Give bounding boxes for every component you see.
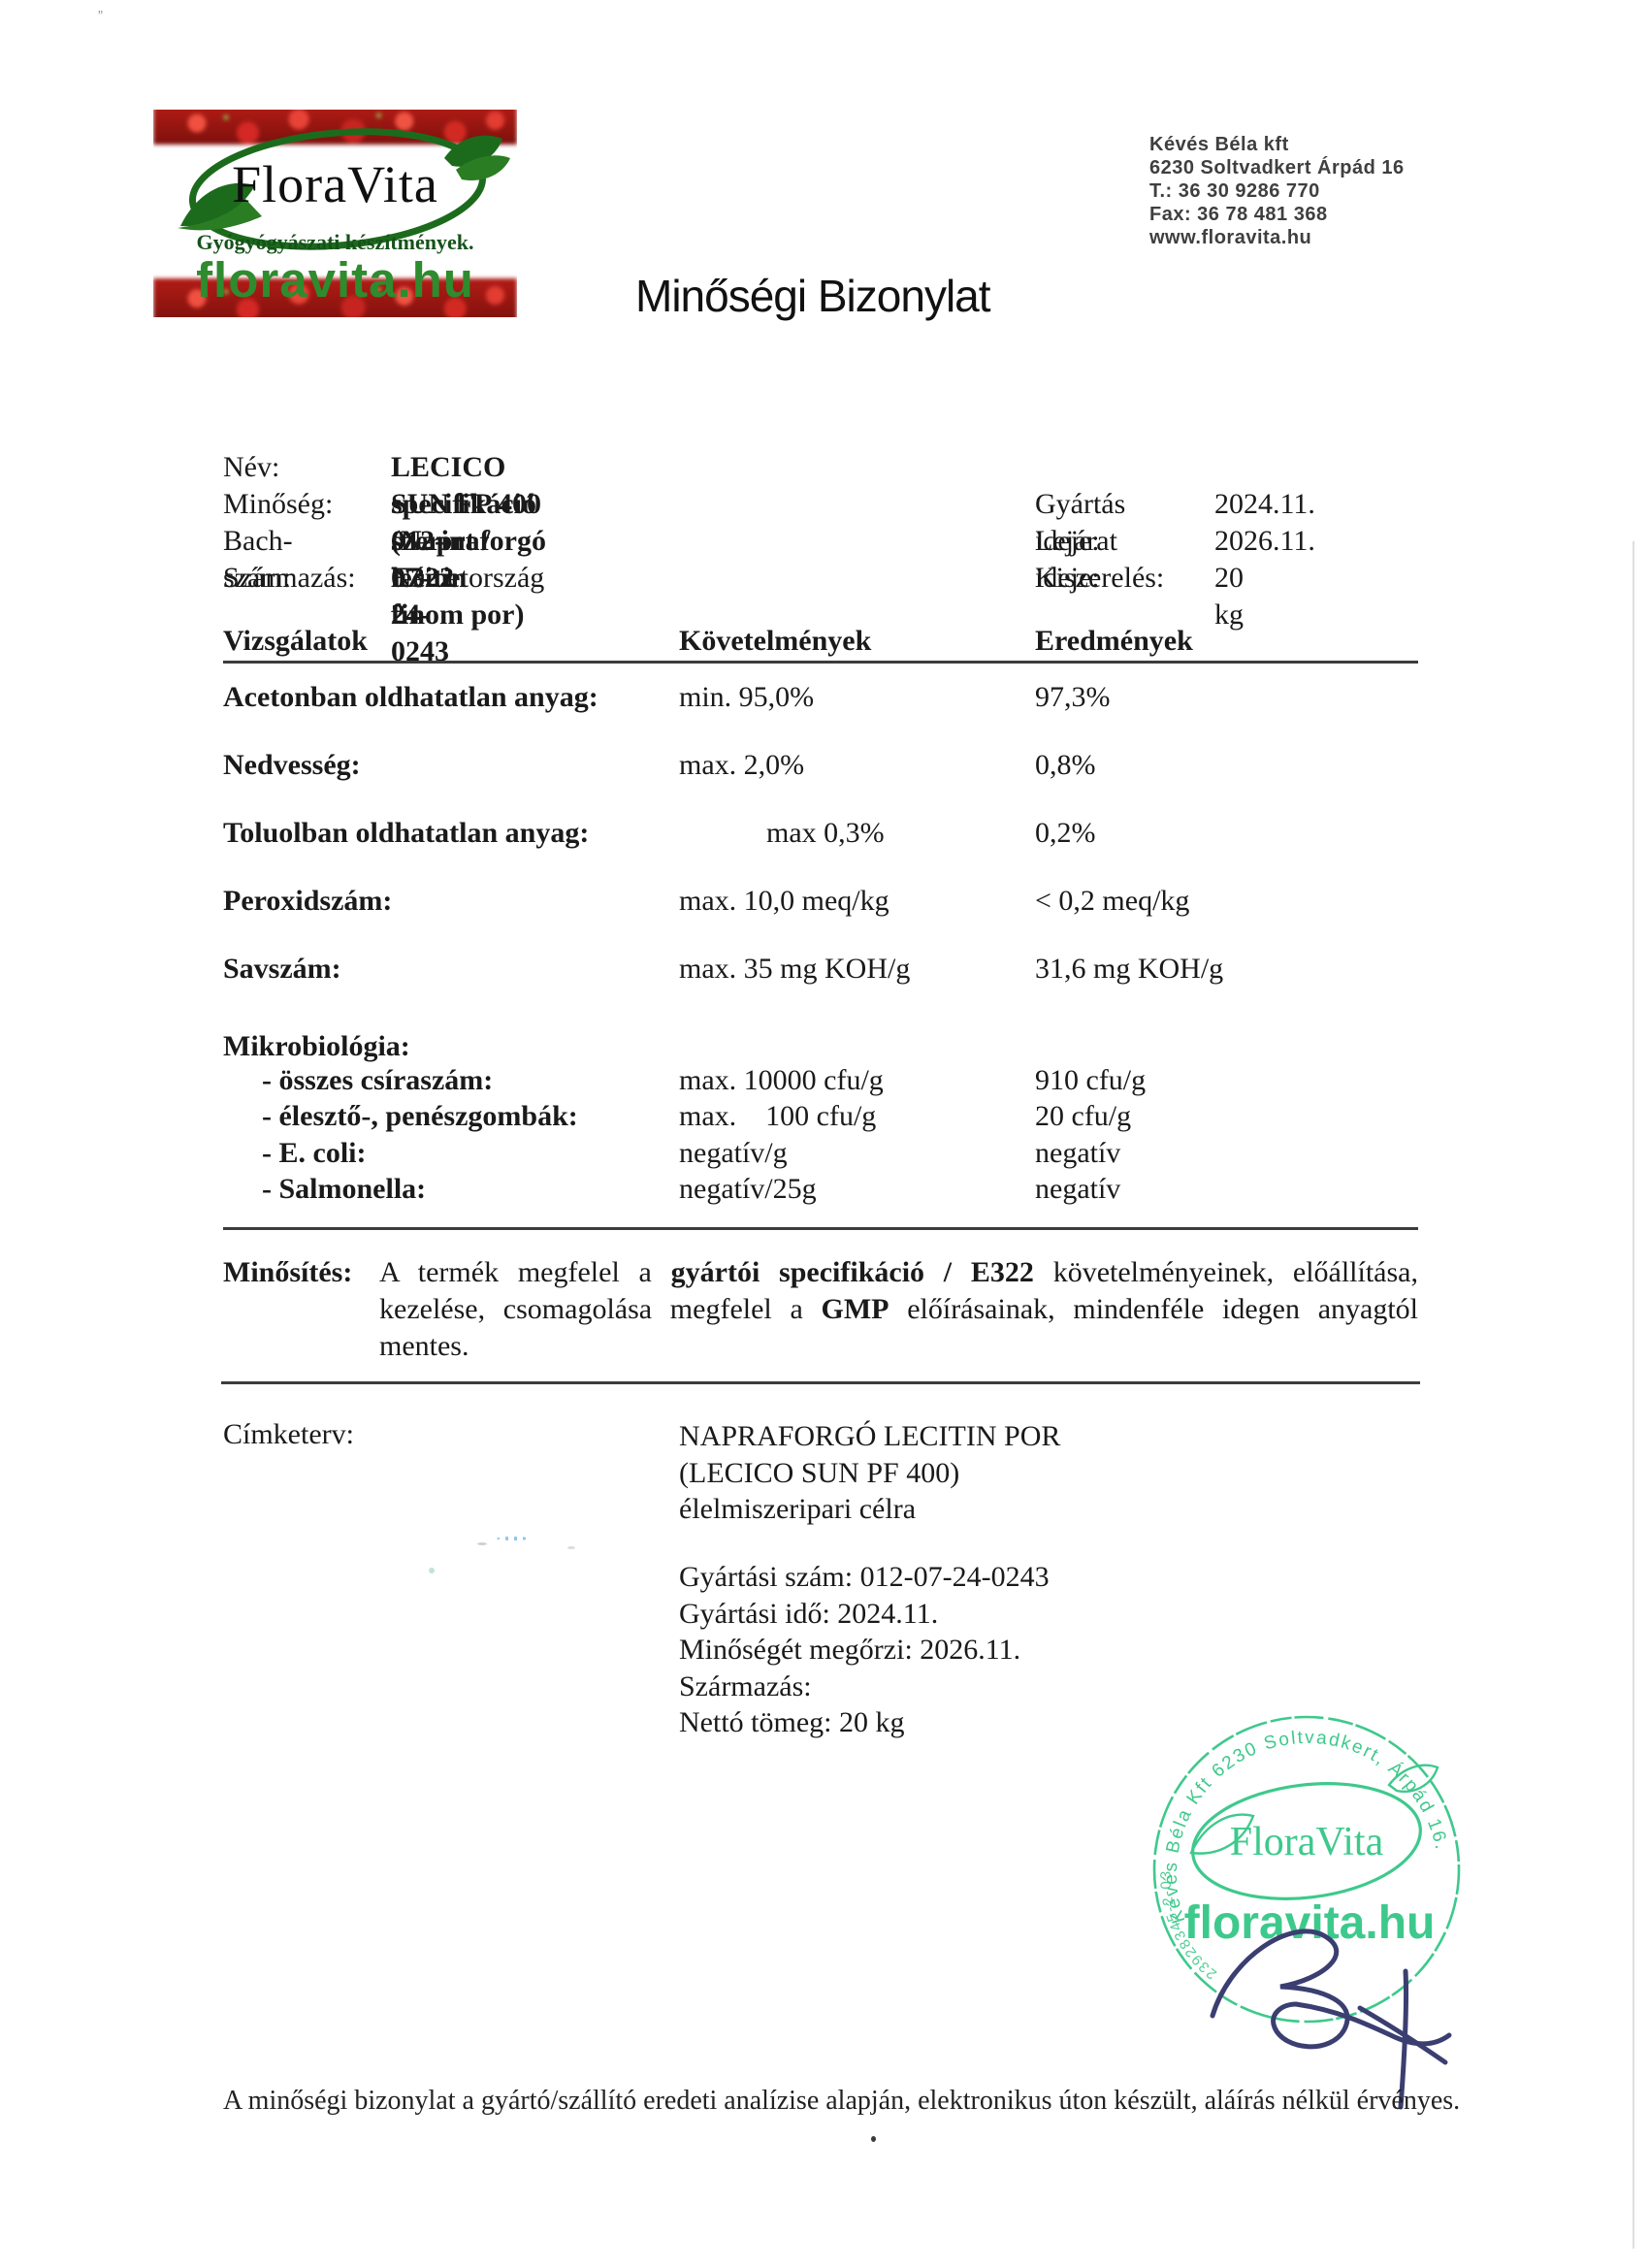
test-name: Savszám: xyxy=(223,953,341,986)
requirement: max. 2,0% xyxy=(679,749,804,782)
field-value: 2026.11. xyxy=(1214,523,1315,560)
requirement: negatív/g xyxy=(679,1137,788,1170)
field-value: 20 kg xyxy=(1214,560,1244,633)
footer-note: A minőségi bizonylat a gyártó/szállító e… xyxy=(223,2086,1460,2117)
test-name: - összes csíraszám: xyxy=(262,1064,493,1097)
result: negatív xyxy=(1035,1137,1120,1170)
test-name: Acetonban oldhatatlan anyag: xyxy=(223,681,598,714)
requirement: max. 10,0 meq/kg xyxy=(679,885,889,918)
result: 97,3% xyxy=(1035,681,1111,714)
footer-dot xyxy=(871,2136,876,2142)
label-plan-label: Címketerv: xyxy=(223,1418,354,1451)
test-name: Nedvesség: xyxy=(223,749,361,782)
logo-site-text: floravita.hu xyxy=(153,251,517,308)
test-name: Peroxidszám: xyxy=(223,885,392,918)
requirement: min. 95,0% xyxy=(679,681,814,714)
test-name: - Salmonella: xyxy=(262,1173,426,1206)
qualification-line: kezelése, csomagolása megfelel a GMP elő… xyxy=(379,1293,1418,1326)
text-part: előírásainak, mindenféle idegen anyagtól xyxy=(889,1293,1418,1325)
scan-speck xyxy=(497,1537,530,1540)
field-label: Származás: xyxy=(223,560,356,597)
label-plan-top-lines: NAPRAFORGÓ LECITIN POR (LECICO SUN PF 40… xyxy=(679,1418,1060,1528)
test-name: - élesztő-, penészgombák: xyxy=(262,1100,578,1133)
field-label: Név: xyxy=(223,449,279,486)
field-value: 012-07-24-0243 xyxy=(391,523,449,670)
qualification-line: A termék megfelel a gyártói specifikáció… xyxy=(379,1256,1418,1289)
logo-brand-text: FloraVita xyxy=(153,154,517,214)
field-value: Németország xyxy=(391,560,544,597)
divider-line xyxy=(223,661,1418,664)
scan-edge-line xyxy=(1633,541,1634,2249)
divider-line xyxy=(221,1381,1420,1384)
test-name: - E. coli: xyxy=(262,1137,366,1170)
result: 910 cfu/g xyxy=(1035,1064,1146,1097)
scan-artifact-mark: ” xyxy=(98,8,103,24)
test-name: Toluolban oldhatatlan anyag: xyxy=(223,817,589,850)
qualification-line: mentes. xyxy=(379,1330,1418,1363)
requirement: max 0,3% xyxy=(766,817,885,850)
requirement: negatív/25g xyxy=(679,1173,817,1206)
field-label: Minőség: xyxy=(223,486,333,523)
field-label: Kiszerelés: xyxy=(1035,560,1164,597)
text-part-bold: gyártói specifikáció / E322 xyxy=(671,1256,1034,1288)
result: 0,2% xyxy=(1035,817,1096,850)
requirement: max. 100 cfu/g xyxy=(679,1100,876,1133)
scan-speck xyxy=(429,1568,435,1573)
requirement: max. 35 mg KOH/g xyxy=(679,953,910,986)
stamp-site-text: floravita.hu xyxy=(1184,1897,1436,1949)
result: negatív xyxy=(1035,1173,1120,1206)
section-name: Mikrobiológia: xyxy=(223,1030,410,1063)
text-part: A termék megfelel a xyxy=(379,1256,671,1288)
company-name: Kévés Béla kft xyxy=(1149,133,1405,156)
scan-speck xyxy=(567,1546,575,1549)
company-address: 6230 Soltvadkert Árpád 16 xyxy=(1149,156,1405,179)
company-address-block: Kévés Béla kft 6230 Soltvadkert Árpád 16… xyxy=(1149,133,1405,249)
label-plan-bottom-lines: Gyártási szám: 012-07-24-0243 Gyártási i… xyxy=(679,1559,1050,1741)
field-value: 2024.11. xyxy=(1214,486,1315,523)
divider-line xyxy=(223,1227,1418,1230)
text-part-bold: GMP xyxy=(822,1293,889,1325)
column-header: Követelmények xyxy=(679,625,871,658)
requirement: max. 10000 cfu/g xyxy=(679,1064,884,1097)
scan-speck xyxy=(477,1542,487,1545)
result: 31,6 mg KOH/g xyxy=(1035,953,1223,986)
company-phone: T.: 36 30 9286 770 xyxy=(1149,179,1405,203)
result: 20 cfu/g xyxy=(1035,1100,1131,1133)
company-stamp: Kévés Béla Kft 6230 Soltvadkert, Árpád 1… xyxy=(1115,1688,1474,2124)
column-header: Eredmények xyxy=(1035,625,1193,658)
company-website: www.floravita.hu xyxy=(1149,226,1405,249)
text-part: kezelése, csomagolása megfelel a xyxy=(379,1293,822,1325)
qualification-label: Minősítés: xyxy=(223,1256,352,1289)
result: 0,8% xyxy=(1035,749,1096,782)
column-header: Vizsgálatok xyxy=(223,625,368,658)
stamp-brand-text: FloraVita xyxy=(1230,1820,1384,1864)
text-part: mentes. xyxy=(379,1330,469,1362)
text-part: követelményeinek, előállítása, xyxy=(1034,1256,1418,1288)
result: < 0,2 meq/kg xyxy=(1035,885,1189,918)
company-fax: Fax: 36 78 481 368 xyxy=(1149,203,1405,226)
page-title: Minőségi Bizonylat xyxy=(635,270,990,322)
floravita-logo: FloraVita Gyógyógyászati készítmények. f… xyxy=(153,110,517,317)
